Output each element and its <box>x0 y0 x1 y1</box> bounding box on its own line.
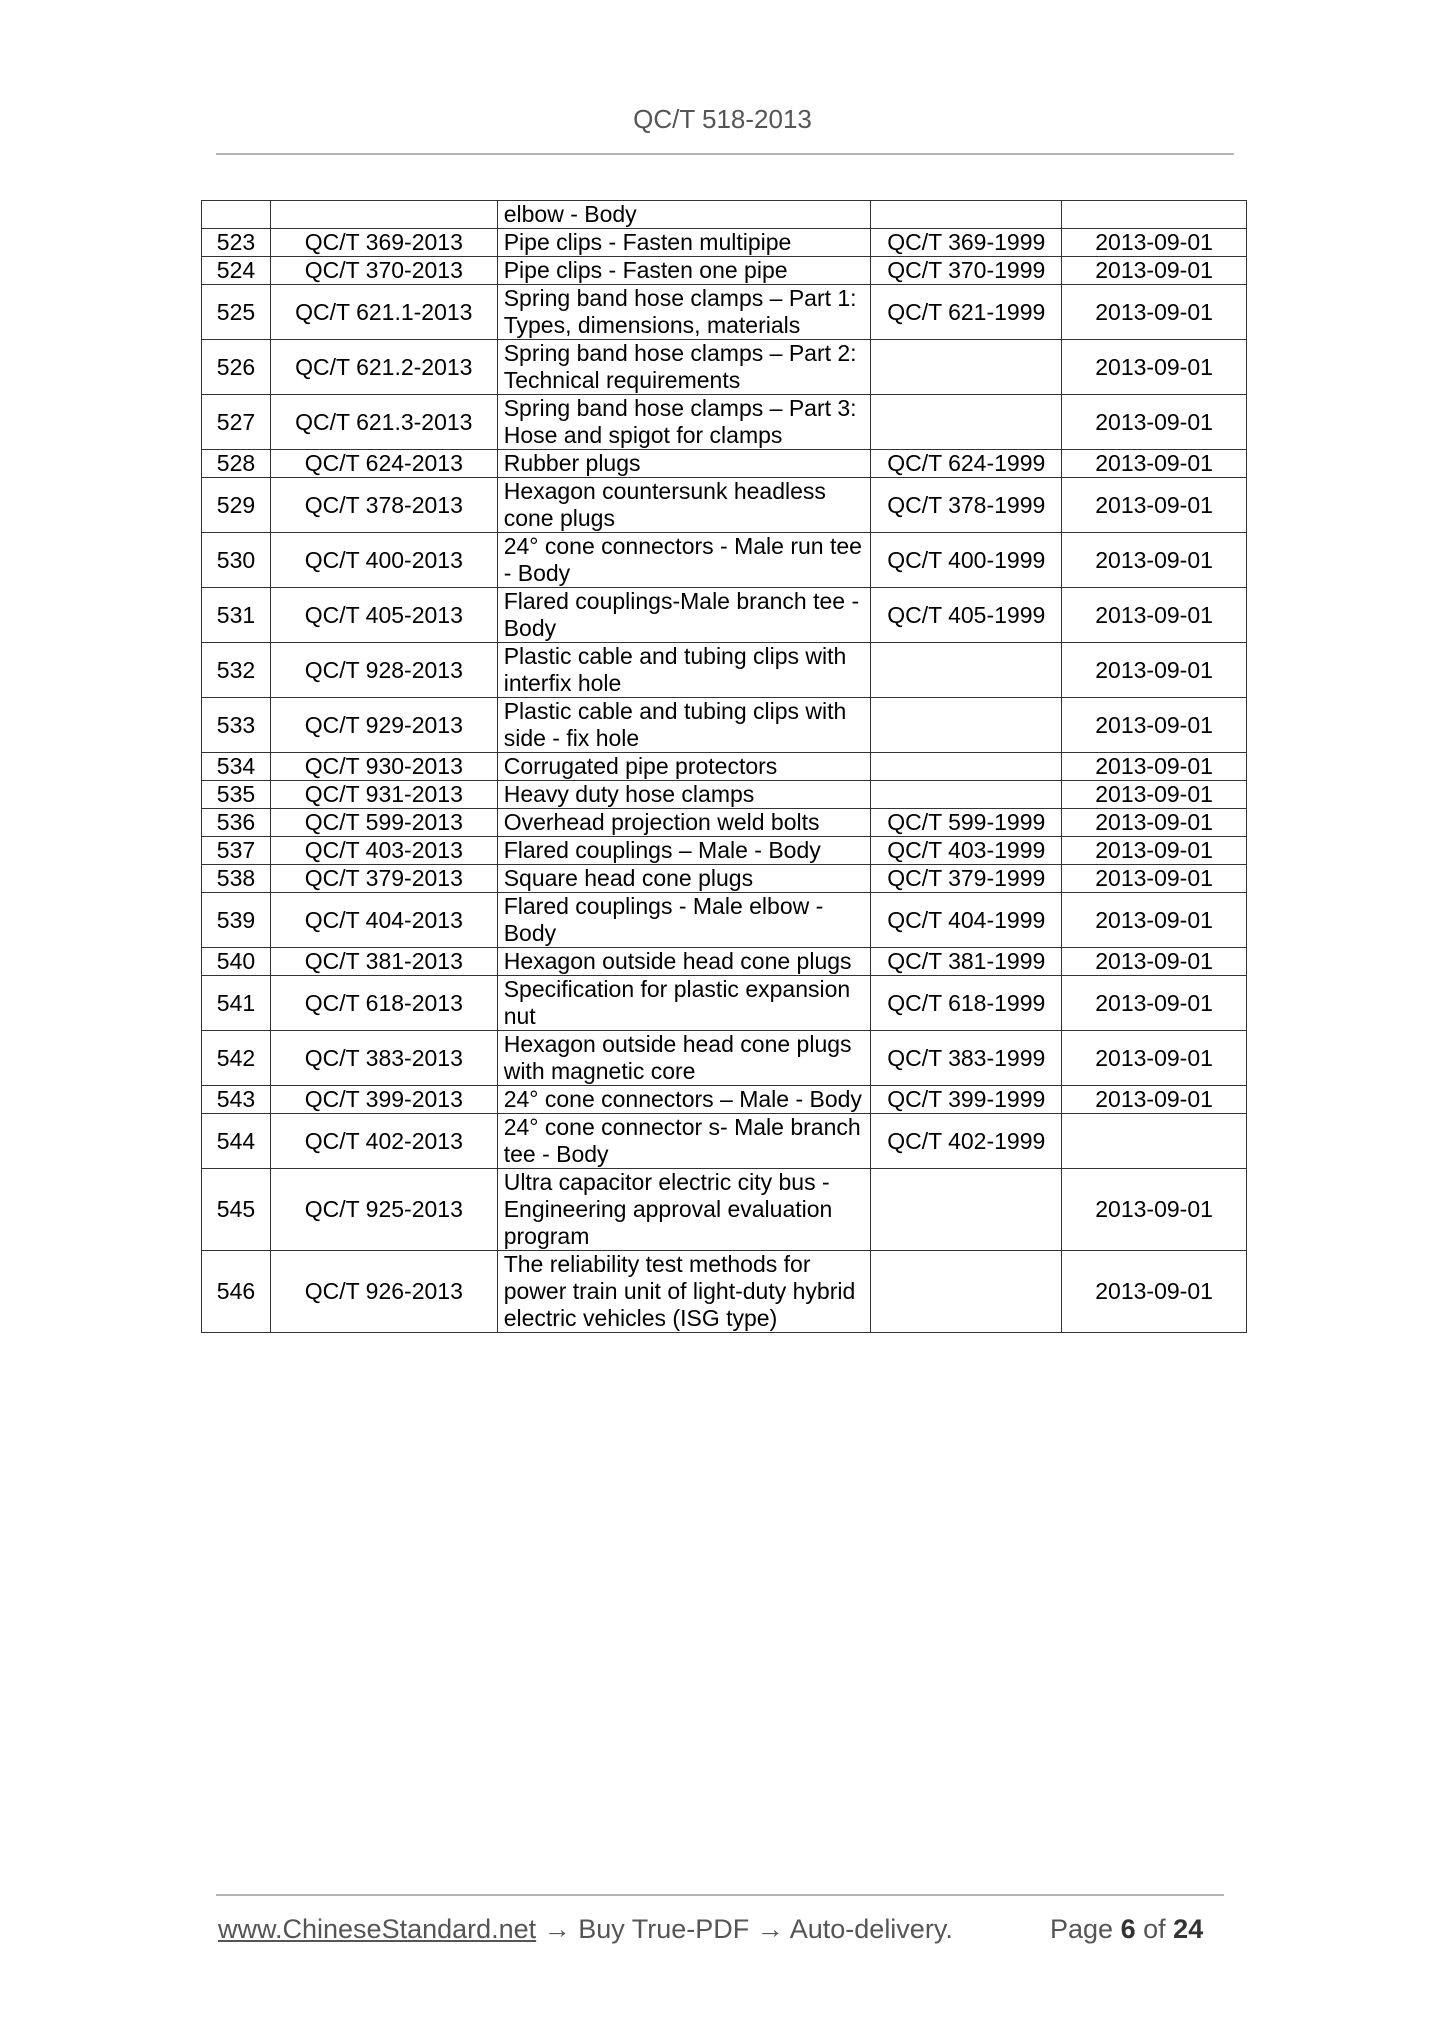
effective-date: 2013-09-01 <box>1062 1031 1247 1086</box>
row-number: 543 <box>202 1086 271 1114</box>
effective-date: 2013-09-01 <box>1062 533 1247 588</box>
standard-code <box>270 201 497 229</box>
effective-date: 2013-09-01 <box>1062 698 1247 753</box>
replaced-standard <box>871 395 1062 450</box>
standard-code: QC/T 405-2013 <box>270 588 497 643</box>
effective-date: 2013-09-01 <box>1062 395 1247 450</box>
standard-code: QC/T 926-2013 <box>270 1251 497 1333</box>
row-number <box>202 201 271 229</box>
replaced-standard: QC/T 624-1999 <box>871 450 1062 478</box>
table-row: 546QC/T 926-2013The reliability test met… <box>202 1251 1247 1333</box>
standard-name: Ultra capacitor electric city bus - Engi… <box>497 1169 871 1251</box>
standard-code: QC/T 621.2-2013 <box>270 340 497 395</box>
standard-name: Corrugated pipe protectors <box>497 753 871 781</box>
standard-code: QC/T 621.1-2013 <box>270 285 497 340</box>
table-row: 528QC/T 624-2013Rubber plugsQC/T 624-199… <box>202 450 1247 478</box>
replaced-standard: QC/T 618-1999 <box>871 976 1062 1031</box>
standard-name: Spring band hose clamps – Part 1: Types,… <box>497 285 871 340</box>
standards-table: elbow - Body523QC/T 369-2013Pipe clips -… <box>201 200 1247 1333</box>
effective-date: 2013-09-01 <box>1062 865 1247 893</box>
table-row: elbow - Body <box>202 201 1247 229</box>
standard-name: Flared couplings-Male branch tee - Body <box>497 588 871 643</box>
table-row: 523QC/T 369-2013Pipe clips - Fasten mult… <box>202 229 1247 257</box>
total-pages: 24 <box>1173 1914 1203 1944</box>
footer-promo: www.ChineseStandard.net → Buy True-PDF →… <box>218 1914 953 1945</box>
standard-code: QC/T 400-2013 <box>270 533 497 588</box>
standard-name: Spring band hose clamps – Part 2: Techni… <box>497 340 871 395</box>
row-number: 531 <box>202 588 271 643</box>
replaced-standard: QC/T 381-1999 <box>871 948 1062 976</box>
effective-date: 2013-09-01 <box>1062 1169 1247 1251</box>
standard-code: QC/T 599-2013 <box>270 809 497 837</box>
standard-name: Heavy duty hose clamps <box>497 781 871 809</box>
table-row: 540QC/T 381-2013Hexagon outside head con… <box>202 948 1247 976</box>
standard-name: Specification for plastic expansion nut <box>497 976 871 1031</box>
replaced-standard: QC/T 403-1999 <box>871 837 1062 865</box>
effective-date: 2013-09-01 <box>1062 781 1247 809</box>
replaced-standard: QC/T 400-1999 <box>871 533 1062 588</box>
row-number: 538 <box>202 865 271 893</box>
row-number: 528 <box>202 450 271 478</box>
effective-date: 2013-09-01 <box>1062 450 1247 478</box>
table-row: 544QC/T 402-201324° cone connector s- Ma… <box>202 1114 1247 1169</box>
effective-date: 2013-09-01 <box>1062 340 1247 395</box>
replaced-standard: QC/T 383-1999 <box>871 1031 1062 1086</box>
standard-name: Flared couplings - Male elbow - Body <box>497 893 871 948</box>
replaced-standard: QC/T 399-1999 <box>871 1086 1062 1114</box>
table-row: 535QC/T 931-2013Heavy duty hose clamps20… <box>202 781 1247 809</box>
effective-date: 2013-09-01 <box>1062 257 1247 285</box>
row-number: 534 <box>202 753 271 781</box>
effective-date: 2013-09-01 <box>1062 837 1247 865</box>
standard-name: Spring band hose clamps – Part 3: Hose a… <box>497 395 871 450</box>
replaced-standard: QC/T 370-1999 <box>871 257 1062 285</box>
effective-date: 2013-09-01 <box>1062 643 1247 698</box>
row-number: 535 <box>202 781 271 809</box>
standard-code: QC/T 379-2013 <box>270 865 497 893</box>
standard-name: elbow - Body <box>497 201 871 229</box>
replaced-standard: QC/T 402-1999 <box>871 1114 1062 1169</box>
standard-name: Plastic cable and tubing clips with side… <box>497 698 871 753</box>
replaced-standard: QC/T 379-1999 <box>871 865 1062 893</box>
standard-name: Square head cone plugs <box>497 865 871 893</box>
footer-divider <box>216 1894 1224 1896</box>
row-number: 524 <box>202 257 271 285</box>
standard-name: Flared couplings – Male - Body <box>497 837 871 865</box>
page-number: Page 6 of 24 <box>1050 1914 1203 1945</box>
row-number: 546 <box>202 1251 271 1333</box>
row-number: 525 <box>202 285 271 340</box>
effective-date: 2013-09-01 <box>1062 588 1247 643</box>
row-number: 537 <box>202 837 271 865</box>
replaced-standard <box>871 698 1062 753</box>
standard-name: Overhead projection weld bolts <box>497 809 871 837</box>
effective-date <box>1062 1114 1247 1169</box>
header-divider <box>216 153 1234 155</box>
standard-code: QC/T 402-2013 <box>270 1114 497 1169</box>
table-row: 538QC/T 379-2013Square head cone plugsQC… <box>202 865 1247 893</box>
row-number: 532 <box>202 643 271 698</box>
table-row: 539QC/T 404-2013Flared couplings - Male … <box>202 893 1247 948</box>
table-row: 534QC/T 930-2013Corrugated pipe protecto… <box>202 753 1247 781</box>
table-row: 533QC/T 929-2013Plastic cable and tubing… <box>202 698 1247 753</box>
standard-name: 24° cone connectors - Male run tee - Bod… <box>497 533 871 588</box>
effective-date: 2013-09-01 <box>1062 1086 1247 1114</box>
table-row: 543QC/T 399-201324° cone connectors – Ma… <box>202 1086 1247 1114</box>
standard-code: QC/T 378-2013 <box>270 478 497 533</box>
standard-name: 24° cone connector s- Male branch tee - … <box>497 1114 871 1169</box>
replaced-standard: QC/T 621-1999 <box>871 285 1062 340</box>
effective-date: 2013-09-01 <box>1062 1251 1247 1333</box>
row-number: 539 <box>202 893 271 948</box>
standard-code: QC/T 928-2013 <box>270 643 497 698</box>
row-number: 536 <box>202 809 271 837</box>
table-row: 542QC/T 383-2013Hexagon outside head con… <box>202 1031 1247 1086</box>
standard-name: Hexagon countersunk headless cone plugs <box>497 478 871 533</box>
standard-name: Rubber plugs <box>497 450 871 478</box>
table-row: 525QC/T 621.1-2013Spring band hose clamp… <box>202 285 1247 340</box>
standard-code: QC/T 370-2013 <box>270 257 497 285</box>
standard-name: Plastic cable and tubing clips with inte… <box>497 643 871 698</box>
effective-date: 2013-09-01 <box>1062 948 1247 976</box>
standard-code: QC/T 618-2013 <box>270 976 497 1031</box>
effective-date: 2013-09-01 <box>1062 976 1247 1031</box>
replaced-standard <box>871 340 1062 395</box>
replaced-standard <box>871 753 1062 781</box>
standard-code: QC/T 399-2013 <box>270 1086 497 1114</box>
standard-name: Pipe clips - Fasten multipipe <box>497 229 871 257</box>
effective-date: 2013-09-01 <box>1062 478 1247 533</box>
row-number: 544 <box>202 1114 271 1169</box>
effective-date: 2013-09-01 <box>1062 809 1247 837</box>
row-number: 526 <box>202 340 271 395</box>
standard-code: QC/T 929-2013 <box>270 698 497 753</box>
replaced-standard: QC/T 378-1999 <box>871 478 1062 533</box>
row-number: 542 <box>202 1031 271 1086</box>
table-row: 530QC/T 400-201324° cone connectors - Ma… <box>202 533 1247 588</box>
standard-name: Hexagon outside head cone plugs <box>497 948 871 976</box>
table-row: 524QC/T 370-2013Pipe clips - Fasten one … <box>202 257 1247 285</box>
replaced-standard <box>871 643 1062 698</box>
replaced-standard: QC/T 369-1999 <box>871 229 1062 257</box>
footer-tagline: → Buy True-PDF → Auto-delivery. <box>536 1914 953 1944</box>
standard-code: QC/T 931-2013 <box>270 781 497 809</box>
current-page: 6 <box>1121 1914 1136 1944</box>
standard-code: QC/T 621.3-2013 <box>270 395 497 450</box>
standard-code: QC/T 383-2013 <box>270 1031 497 1086</box>
row-number: 523 <box>202 229 271 257</box>
row-number: 541 <box>202 976 271 1031</box>
table-row: 545QC/T 925-2013Ultra capacitor electric… <box>202 1169 1247 1251</box>
row-number: 527 <box>202 395 271 450</box>
table-row: 532QC/T 928-2013Plastic cable and tubing… <box>202 643 1247 698</box>
table-row: 526QC/T 621.2-2013Spring band hose clamp… <box>202 340 1247 395</box>
replaced-standard <box>871 781 1062 809</box>
standard-code: QC/T 381-2013 <box>270 948 497 976</box>
replaced-standard: QC/T 405-1999 <box>871 588 1062 643</box>
standard-code: QC/T 369-2013 <box>270 229 497 257</box>
standard-code: QC/T 404-2013 <box>270 893 497 948</box>
standard-name: The reliability test methods for power t… <box>497 1251 871 1333</box>
standard-name: 24° cone connectors – Male - Body <box>497 1086 871 1114</box>
standard-code: QC/T 930-2013 <box>270 753 497 781</box>
document-header-title: QC/T 518-2013 <box>0 104 1445 135</box>
row-number: 529 <box>202 478 271 533</box>
replaced-standard <box>871 1251 1062 1333</box>
row-number: 533 <box>202 698 271 753</box>
website-link[interactable]: www.ChineseStandard.net <box>218 1914 536 1944</box>
effective-date: 2013-09-01 <box>1062 753 1247 781</box>
table-row: 536QC/T 599-2013Overhead projection weld… <box>202 809 1247 837</box>
row-number: 540 <box>202 948 271 976</box>
table-row: 527QC/T 621.3-2013Spring band hose clamp… <box>202 395 1247 450</box>
replaced-standard <box>871 201 1062 229</box>
effective-date: 2013-09-01 <box>1062 285 1247 340</box>
standard-name: Hexagon outside head cone plugs with mag… <box>497 1031 871 1086</box>
table-row: 529QC/T 378-2013Hexagon countersunk head… <box>202 478 1247 533</box>
table-row: 541QC/T 618-2013Specification for plasti… <box>202 976 1247 1031</box>
table-row: 537QC/T 403-2013Flared couplings – Male … <box>202 837 1247 865</box>
table-row: 531QC/T 405-2013Flared couplings-Male br… <box>202 588 1247 643</box>
standard-code: QC/T 624-2013 <box>270 450 497 478</box>
replaced-standard: QC/T 404-1999 <box>871 893 1062 948</box>
standard-code: QC/T 925-2013 <box>270 1169 497 1251</box>
effective-date: 2013-09-01 <box>1062 229 1247 257</box>
replaced-standard: QC/T 599-1999 <box>871 809 1062 837</box>
standard-code: QC/T 403-2013 <box>270 837 497 865</box>
effective-date <box>1062 201 1247 229</box>
replaced-standard <box>871 1169 1062 1251</box>
row-number: 530 <box>202 533 271 588</box>
effective-date: 2013-09-01 <box>1062 893 1247 948</box>
standard-name: Pipe clips - Fasten one pipe <box>497 257 871 285</box>
row-number: 545 <box>202 1169 271 1251</box>
